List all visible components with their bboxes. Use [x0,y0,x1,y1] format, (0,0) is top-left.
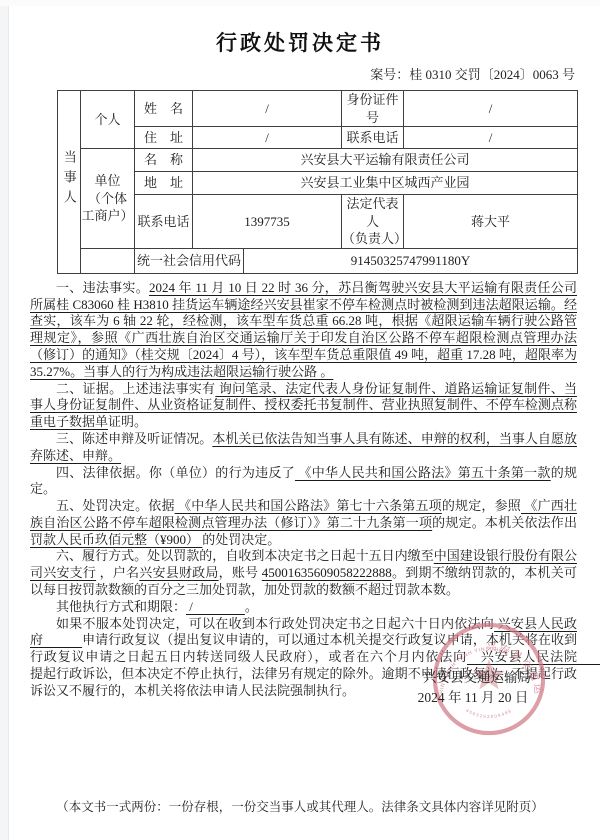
id-label-cell: 身份证件号 [342,91,404,127]
paragraph: 二、证据。上述违法事实有 询问笔录、法定代表人身份证复制件、道路运输证复制件、当… [30,381,577,431]
template-text: 的处罚决定。 [202,532,280,547]
template-text: 一、违法事实。 [56,280,149,295]
filled-blank-text: 罚款人民币玖佰元整（¥900） [30,532,202,547]
address-value-cell: / [193,127,342,149]
party-label-cell: 当事人 [58,91,81,274]
name-label-cell: 姓 名 [135,91,193,127]
table-row: 当事人 个人 姓 名 / 身份证件号 / [58,91,578,127]
party-info-table: 当事人 个人 姓 名 / 身份证件号 / 住 址 / 联系电话 / 单位 （个体… [57,90,578,274]
unit-address-value-cell: 兴安县工业集中区城西产业园 [193,172,578,195]
table-row: 住 址 / 联系电话 / [58,127,578,149]
penalty-decision-document: 行政处罚决定书 案号：桂 0310 交罚〔2024〕0063 号 当事人 个人 … [0,0,600,700]
template-text: 三、陈述申辩及听证情况。 [56,431,212,446]
paragraph: 五、处罚决定。依据 《中华人民共和国公路法》第七十六条第五项的规定，参照 《广西… [30,498,577,548]
individual-label-cell: 个人 [81,91,135,149]
svg-text:4503252009488: 4503252009488 [465,708,513,719]
name-value-cell: / [193,91,342,127]
paragraph: 三、陈述申辩及听证情况。本机关已依法告知当事人具有陈述、申辩的权利，当事人自愿放… [30,431,577,465]
paragraph: 四、法律依据。你（单位）的行为违反了 《中华人民共和国公路法》第五十条第一款的规… [30,465,577,499]
paragraph: 其他执行方式和期限： / 。 [30,599,577,616]
template-text: ，户名 [96,565,139,580]
legal-rep-label-cell: 法定代表人 （负责人） [342,195,404,249]
filled-blank-text: 兴安县财政局 [139,565,218,580]
page-title: 行政处罚决定书 [0,27,600,57]
template-text: 五、处罚决定。依据 [56,498,175,513]
phone-value-cell: / [404,127,578,149]
seal-code: 4503252009488 [465,708,513,719]
template-text: 。 [245,599,258,614]
table-row: 联系电话 1397735 法定代表人 （负责人） 蒋大平 [58,195,578,249]
template-text: 的规定，参照 [442,498,521,513]
case-number: 案号：桂 0310 交罚〔2024〕0063 号 [0,64,600,83]
paragraph: 一、违法事实。2024 年 11 月 10 日 22 时 36 分，苏吕衡驾驶兴… [30,280,577,381]
filled-blank-text: 45001635609058222888 [262,565,392,580]
table-row: 地 址 兴安县工业集中区城西产业园 [58,172,578,195]
filled-blank-text: / [186,599,245,614]
template-text: 四、法律依据。你（单位）的行为违反了 [56,465,295,480]
unit-label-cell: 单位 （个体 工商户） [81,149,135,249]
template-text: 如果不服本处罚决定，可以在收到本行政处罚决定书之日起六十日内依法向 [56,616,494,631]
unit-name-label-cell: 名 称 [135,149,193,172]
signature-date: 2024 年 11 月 20 日 [408,686,538,706]
template-text: 其他执行方式和期限： [56,599,186,614]
unit-phone-value-cell: 1397735 [193,195,342,249]
paragraph: 六、履行方式。处以罚款的，自收到本决定书之日起十五日内缴至中国建设银行股份有限公… [30,548,577,598]
empty-cell [81,248,135,273]
template-text: 的规定。本机关依法作出 [432,515,577,530]
unit-address-label-cell: 地 址 [135,172,193,195]
party-label: 当事人 [60,150,78,210]
filled-blank-text: 《中华人民共和国公路法》第七十六条第五项 [175,498,442,513]
filled-blank-text: 《中华人民共和国公路法》第五十条第一款 [295,465,551,480]
unit-phone-label-cell: 联系电话 [135,195,193,249]
template-text: 六、履行方式。处以罚款的，自收到本决定书之日起十五日内缴至 [56,548,434,563]
footer-note: （本文书一式两份：一份存根，一份交当事人或其代理人。法律条文具体内容详见附页） [0,797,600,815]
template-text: ，账号 [219,565,262,580]
legal-rep-value-cell: 蒋大平 [404,195,578,249]
id-value-cell: / [404,91,578,127]
template-text: 二、证据。上述违法事实有 [56,381,215,396]
credit-code-value-cell: 91450325747991180Y [244,248,578,273]
address-label-cell: 住 址 [135,127,193,149]
table-row: 统一社会信用代码 91450325747991180Y [58,248,578,273]
credit-code-label-cell: 统一社会信用代码 [135,248,244,273]
signature-org: 兴安县交通运输局 [412,666,542,686]
phone-label-cell: 联系电话 [342,127,404,149]
template-text: 证明。 [108,414,147,429]
unit-name-value-cell: 兴安县大平运输有限责任公司 [193,149,578,172]
table-row: 单位 （个体 工商户） 名 称 兴安县大平运输有限责任公司 [58,149,578,172]
